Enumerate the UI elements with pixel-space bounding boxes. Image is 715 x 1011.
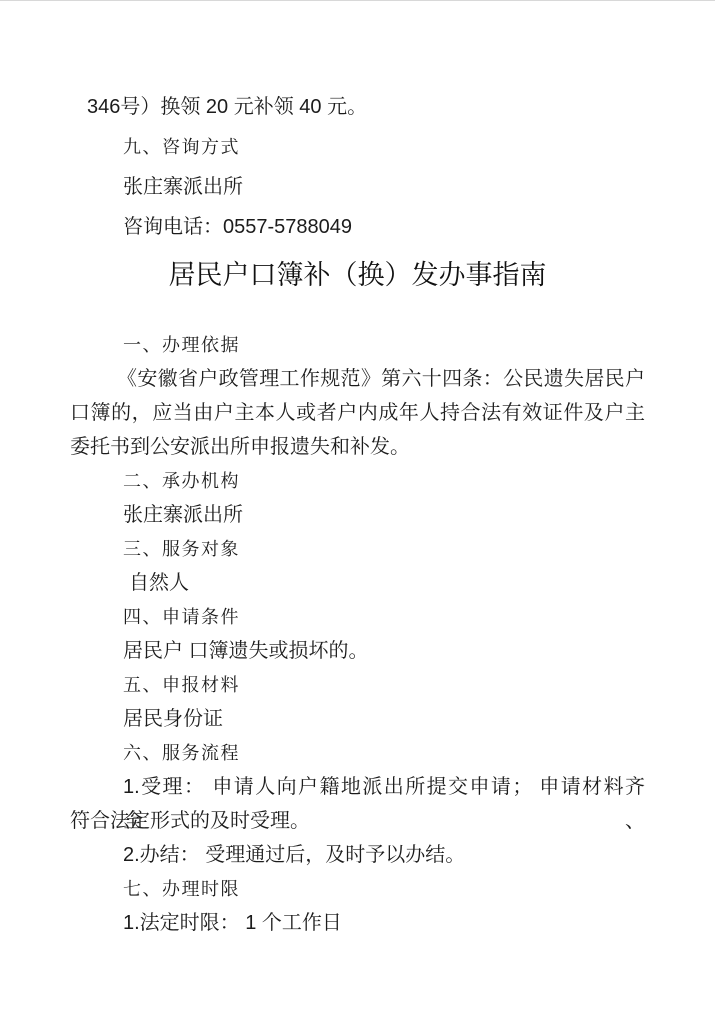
- basis-paragraph-line-3: 委托书到公安派出所申报遗失和补发。: [70, 430, 645, 464]
- section-heading-consult-method: 九、咨询方式: [123, 127, 645, 167]
- document-title: 居民户口簿补（换）发办事指南: [70, 255, 645, 295]
- application-condition-value: 居民户 口簿遗失或损坏的。: [123, 634, 645, 668]
- guide-body: 一、办理依据 《安徽省户政管理工作规范》第六十四条：公民遗失居民户 口簿的，应当…: [70, 328, 645, 940]
- process-step-1-line-1: 1.受理： 申请人向户籍地派出所提交申请； 申请材料齐全、: [123, 770, 645, 804]
- agency-name: 张庄寨派出所: [123, 498, 645, 532]
- fee-continuation-line: 346号）换领 20 元补领 40 元。: [87, 87, 645, 127]
- consult-phone-line: 咨询电话：0557-5788049: [123, 207, 645, 247]
- section-heading-time-limit: 七、办理时限: [123, 872, 645, 906]
- police-station-name: 张庄寨派出所: [123, 167, 645, 207]
- section-heading-application-conditions: 四、申请条件: [123, 600, 645, 634]
- section-heading-service-target: 三、服务对象: [123, 532, 645, 566]
- document-page: 346号）换领 20 元补领 40 元。 九、咨询方式 张庄寨派出所 咨询电话：…: [0, 0, 715, 1011]
- time-limit-value: 1.法定时限： 1 个工作日: [123, 906, 645, 940]
- basis-paragraph-line-2: 口簿的，应当由户主本人或者户内成年人持合法有效证件及户主: [70, 396, 645, 430]
- process-step-2: 2.办结： 受理通过后，及时予以办结。: [123, 838, 645, 872]
- section-heading-process: 六、服务流程: [123, 736, 645, 770]
- page-content: 346号）换领 20 元补领 40 元。 九、咨询方式 张庄寨派出所 咨询电话：…: [0, 1, 715, 940]
- section-heading-materials: 五、申报材料: [123, 668, 645, 702]
- basis-paragraph-line-1: 《安徽省户政管理工作规范》第六十四条：公民遗失居民户: [70, 362, 645, 396]
- materials-value: 居民身份证: [123, 702, 645, 736]
- section-heading-agency: 二、承办机构: [123, 464, 645, 498]
- service-target-value: 自然人: [129, 566, 645, 600]
- section-heading-basis: 一、办理依据: [123, 328, 645, 362]
- previous-section-tail: 346号）换领 20 元补领 40 元。 九、咨询方式 张庄寨派出所 咨询电话：…: [70, 87, 645, 247]
